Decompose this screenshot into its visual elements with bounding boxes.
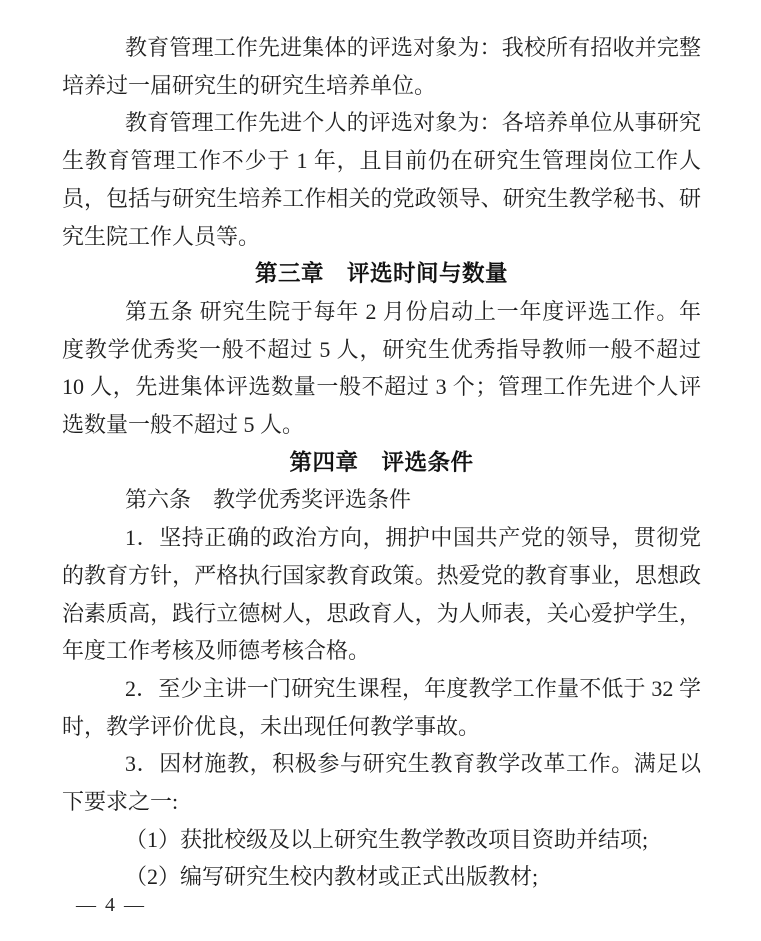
paragraph: 1．坚持正确的政治方向，拥护中国共产党的领导，贯彻党的教育方针，严格执行国家教育… [62,519,701,670]
page-number: — 4 — [76,893,146,917]
chapter-heading: 第四章 评选条件 [62,444,701,482]
document-page: 教育管理工作先进集体的评选对象为：我校所有招收并完整培养过一届研究生的研究生培养… [0,0,761,941]
paragraph: 教育管理工作先进集体的评选对象为：我校所有招收并完整培养过一届研究生的研究生培养… [62,29,701,104]
paragraph: （1）获批校级及以上研究生教学教改项目资助并结项; [62,821,701,859]
paragraph: （2）编写研究生校内教材或正式出版教材; [62,858,701,896]
paragraph: 3．因材施教，积极参与研究生教育教学改革工作。满足以下要求之一: [62,745,701,820]
chapter-heading: 第三章 评选时间与数量 [62,255,701,293]
document-content: 教育管理工作先进集体的评选对象为：我校所有招收并完整培养过一届研究生的研究生培养… [62,29,701,896]
paragraph: 教育管理工作先进个人的评选对象为：各培养单位从事研究生教育管理工作不少于 1 年… [62,104,701,255]
paragraph: 2．至少主讲一门研究生课程，年度教学工作量不低于 32 学时，教学评价优良，未出… [62,670,701,745]
paragraph: 第六条 教学优秀奖评选条件 [62,481,701,519]
paragraph: 第五条 研究生院于每年 2 月份启动上一年度评选工作。年度教学优秀奖一般不超过 … [62,293,701,444]
